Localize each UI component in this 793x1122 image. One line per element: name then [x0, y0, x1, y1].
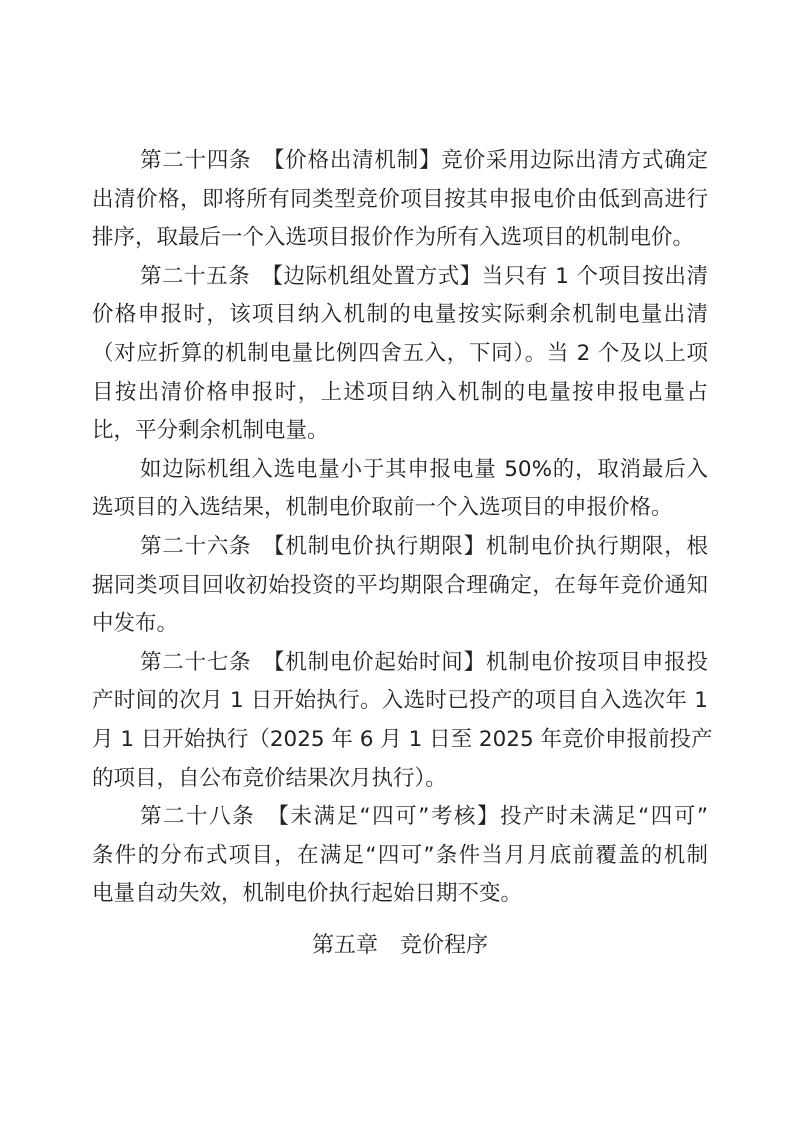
- paragraph-article-25-continued: 如边际机组入选电量小于其申报电量 50%的，取消最后入选项目的入选结果，机制电价…: [92, 451, 708, 528]
- paragraph-article-27: 第二十七条 【机制电价起始时间】机制电价按项目申报投产时间的次月 1 日开始执行…: [92, 644, 708, 798]
- text-line: 第二十七条 【机制电价起始时间】机制电价按项目申报投: [92, 644, 708, 683]
- text-line: 中发布。: [92, 605, 708, 644]
- text-line: 产时间的次月 1 日开始执行。入选时已投产的项目自入选次年 1: [92, 682, 708, 721]
- text-line: 的项目，自公布竞价结果次月执行）。: [92, 760, 708, 799]
- document-body: 第二十四条 【价格出清机制】竞价采用边际出清方式确定出清价格，即将所有同类型竞价…: [92, 142, 708, 914]
- text-line: 电量自动失效，机制电价执行起始日期不变。: [92, 875, 708, 914]
- paragraph-article-26: 第二十六条 【机制电价执行期限】机制电价执行期限，根据同类项目回收初始投资的平均…: [92, 528, 708, 644]
- text-line: 如边际机组入选电量小于其申报电量 50%的，取消最后入: [92, 451, 708, 490]
- text-line: 条件的分布式项目，在满足“四可”条件当月月底前覆盖的机制: [92, 837, 708, 876]
- text-line: 价格申报时，该项目纳入机制的电量按实际剩余机制电量出清: [92, 296, 708, 335]
- paragraph-article-25: 第二十五条 【边际机组处置方式】当只有 1 个项目按出清价格申报时，该项目纳入机…: [92, 258, 708, 451]
- paragraph-article-28: 第二十八条 【未满足“四可”考核】投产时未满足“四可”条件的分布式项目，在满足“…: [92, 798, 708, 914]
- text-line: 第二十八条 【未满足“四可”考核】投产时未满足“四可”: [92, 798, 708, 837]
- text-line: （对应折算的机制电量比例四舍五入，下同）。当 2 个及以上项: [92, 335, 708, 374]
- text-line: 比，平分剩余机制电量。: [92, 412, 708, 451]
- text-line: 月 1 日开始执行（2025 年 6 月 1 日至 2025 年竞价申报前投产: [92, 721, 708, 760]
- text-line: 排序，取最后一个入选项目报价作为所有入选项目的机制电价。: [92, 219, 708, 258]
- text-line: 第二十四条 【价格出清机制】竞价采用边际出清方式确定: [92, 142, 708, 181]
- text-line: 第二十五条 【边际机组处置方式】当只有 1 个项目按出清: [92, 258, 708, 297]
- text-line: 选项目的入选结果，机制电价取前一个入选项目的申报价格。: [92, 489, 708, 528]
- chapter-heading: 第五章 竞价程序: [92, 927, 708, 966]
- paragraph-article-24: 第二十四条 【价格出清机制】竞价采用边际出清方式确定出清价格，即将所有同类型竞价…: [92, 142, 708, 258]
- document-page: 第二十四条 【价格出清机制】竞价采用边际出清方式确定出清价格，即将所有同类型竞价…: [0, 0, 793, 1122]
- text-line: 出清价格，即将所有同类型竞价项目按其申报电价由低到高进行: [92, 181, 708, 220]
- text-line: 目按出清价格申报时，上述项目纳入机制的电量按申报电量占: [92, 374, 708, 413]
- text-line: 据同类项目回收初始投资的平均期限合理确定，在每年竞价通知: [92, 567, 708, 606]
- text-line: 第二十六条 【机制电价执行期限】机制电价执行期限，根: [92, 528, 708, 567]
